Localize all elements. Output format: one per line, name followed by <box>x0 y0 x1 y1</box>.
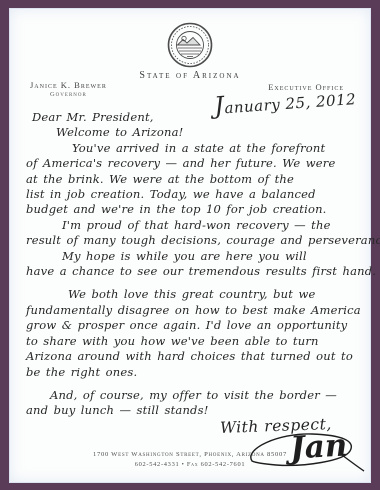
signature: Jan <box>238 425 366 477</box>
letter-line: at the brink. We were at the bottom of t… <box>26 172 362 187</box>
letter-line: I'm proud of that hard-won recovery — th… <box>62 218 362 233</box>
letter-line: list in job creation. Today, we have a b… <box>26 187 362 202</box>
sender-block: Janice K. Brewer Governor <box>30 80 107 98</box>
letter-line: Welcome to Arizona! <box>56 125 362 140</box>
letter-line: result of many tough decisions, courage … <box>26 233 362 248</box>
letter-line: We both love this great country, but we <box>68 287 362 302</box>
letter-line: of America's recovery — and her future. … <box>26 156 362 171</box>
letter-line: have a chance to see our tremendous resu… <box>26 264 362 279</box>
letter-line: to share with you how we've been able to… <box>26 334 362 349</box>
letter-line: fundamentally disagree on how to best ma… <box>26 303 362 318</box>
letter-line: grow & prosper once again. I'd love an o… <box>26 318 362 333</box>
letter-line: budget and we're in the top 10 for job c… <box>26 202 362 217</box>
sender-title: Governor <box>30 91 107 98</box>
letter-line: My hope is while you are here you will <box>62 249 362 264</box>
letter-line: And, of course, my offer to visit the bo… <box>50 388 362 403</box>
arizona-state-seal-icon <box>167 22 213 68</box>
scanned-letter-frame: State of Arizona Janice K. Brewer Govern… <box>0 0 380 490</box>
letter-line: Dear Mr. President, <box>32 110 362 125</box>
letter-page: State of Arizona Janice K. Brewer Govern… <box>9 8 371 483</box>
sender-name: Janice K. Brewer <box>30 80 107 90</box>
signature-name: Jan <box>289 428 348 467</box>
letter-body: Dear Mr. President,Welcome to Arizona!Yo… <box>26 110 362 419</box>
letter-line: be the right ones. <box>26 365 362 380</box>
letter-line: Arizona around with hard choices that tu… <box>26 349 362 364</box>
letter-line: You've arrived in a state at the forefro… <box>72 141 362 156</box>
